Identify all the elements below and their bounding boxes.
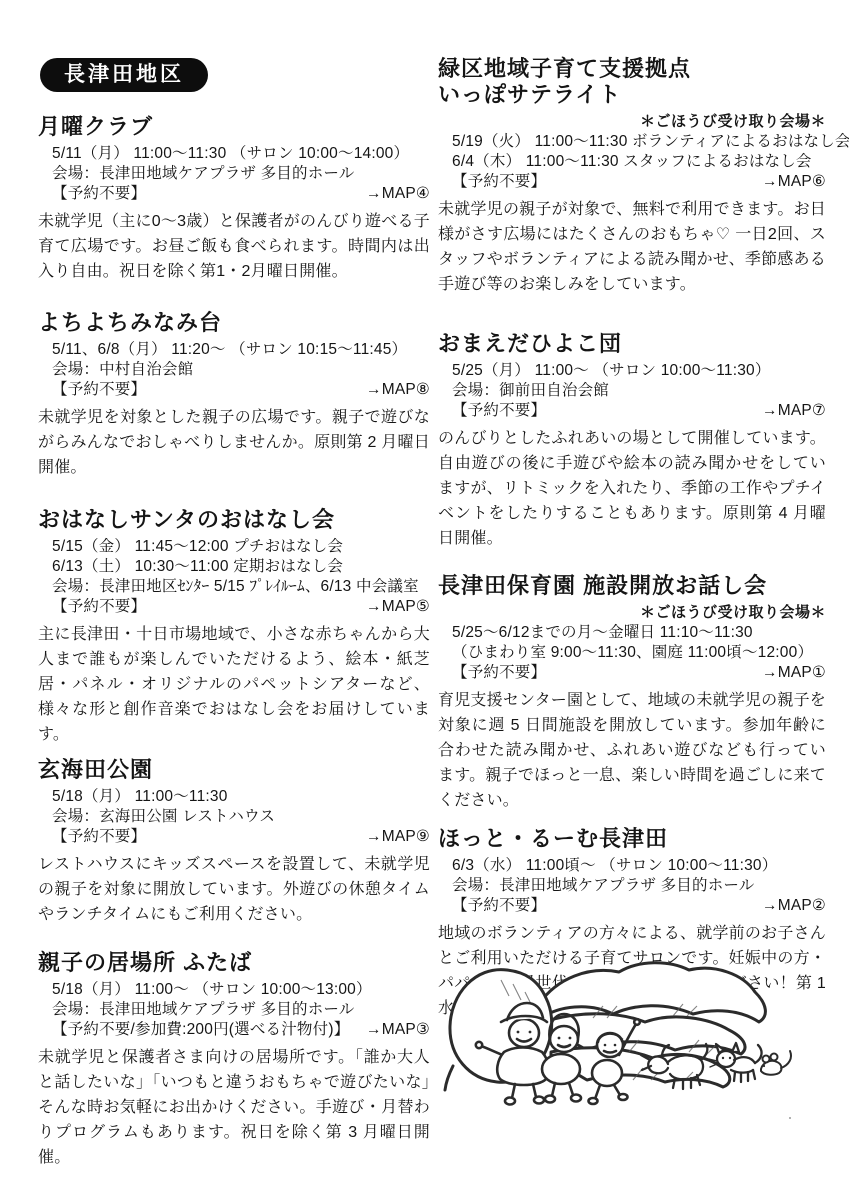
reservation-line: 【予約不要】 →MAP⑥ [438,172,826,192]
event-section-ohanashi-santa: おはなしサンタのおはなし会 5/15（金） 11:45～12:00 プチおはなし… [38,507,430,747]
event-description: 育児支援センター園として、地域の未就学児の親子を対象に週 5 日間施設を開放して… [438,688,826,813]
map-reference: →MAP⑥ [762,172,826,192]
reservation-label: 【予約不要】 [52,827,146,847]
reservation-label: 【予約不要】 [452,663,546,683]
schedule-line: 5/11（月） 11:00～11:30 （サロン 10:00～14:00） [38,144,430,164]
reservation-label: 【予約不要】 [452,896,546,916]
map-reference: →MAP⑦ [762,401,826,421]
newsletter-page: 長津田地区 月曜クラブ 5/11（月） 11:00～11:30 （サロン 10:… [0,0,849,1200]
event-description: レストハウスにキッズスペースを設置して、未就学児の親子を対象に開放しています。外… [38,852,430,927]
reservation-line: 【予約不要】 →MAP② [438,896,826,916]
schedule-line-2: 6/13（土） 10:30～11:00 定期おはなし会 [38,557,430,577]
map-reference: →MAP① [762,663,826,683]
event-section-ippo-satellite: 緑区地域子育て支援拠点 いっぽサテライト ＊ごほうび受け取り会場＊ 5/19（火… [438,56,826,297]
event-description: 未就学児を対象とした親子の広場です。親子で遊びながらみんなでおしゃべりしませんか… [38,405,430,480]
event-title: ほっと・るーむ長津田 [438,826,826,852]
reservation-line: 【予約不要】 →MAP⑦ [438,401,826,421]
schedule-line-2: （ひまわり室 9:00～11:30、園庭 11:00頃～12:00） [438,643,826,663]
reservation-label: 【予約不要/参加費:200円(選べる汁物付)】 [52,1020,349,1040]
right-column: 緑区地域子育て支援拠点 いっぽサテライト ＊ごほうび受け取り会場＊ 5/19（火… [438,0,826,1021]
event-section-monday-club: 月曜クラブ 5/11（月） 11:00～11:30 （サロン 10:00～14:… [38,114,430,284]
schedule-line: 5/18（月） 11:00～11:30 [38,787,430,807]
event-title-line2: いっぽサテライト [438,82,826,108]
event-description: のんびりとしたふれあいの場として開催しています。自由遊びの後に手遊びや絵本の読み… [438,426,826,551]
reservation-label: 【予約不要】 [52,184,146,204]
event-title: よちよちみなみ台 [38,310,430,336]
event-section-genkaida-park: 玄海田公園 5/18（月） 11:00～11:30 会場：玄海田公園 レストハウ… [38,757,430,927]
event-title: 親子の居場所 ふたば [38,950,430,976]
reservation-label: 【予約不要】 [452,401,546,421]
reservation-label: 【予約不要】 [452,172,546,192]
event-description: 未就学児の親子が対象で、無料で利用できます。お日様がさす広場にはたくさんのおもち… [438,197,826,297]
event-title: 緑区地域子育て支援拠点 [438,56,826,82]
event-title: 玄海田公園 [38,757,430,783]
schedule-line: 5/25～6/12までの月～金曜日 11:10～11:30 [438,623,826,643]
reservation-label: 【予約不要】 [52,380,146,400]
venue-line: 会場：御前田自治会館 [438,381,826,401]
reward-pickup-note: ＊ごほうび受け取り会場＊ [438,112,826,132]
event-title: おはなしサンタのおはなし会 [38,507,430,533]
map-reference: →MAP② [762,896,826,916]
venue-line: 会場：長津田地域ケアプラザ 多目的ホール [38,1000,430,1020]
event-description: 未就学児（主に0～3歳）と保護者がのんびり遊べる子育て広場です。お昼ご飯も食べら… [38,209,430,284]
reservation-line: 【予約不要】 →MAP① [438,663,826,683]
reservation-line: 【予約不要】 →MAP⑤ [38,597,430,617]
map-reference: →MAP④ [366,184,430,204]
left-column: 長津田地区 月曜クラブ 5/11（月） 11:00～11:30 （サロン 10:… [38,0,430,1170]
reservation-label: 【予約不要】 [52,597,146,617]
venue-line: 会場：長津田地域ケアプラザ 多目的ホール [38,164,430,184]
reservation-line: 【予約不要】 →MAP④ [38,184,430,204]
reservation-line: 【予約不要】 →MAP⑧ [38,380,430,400]
event-title: 月曜クラブ [38,114,430,140]
event-section-yochiyochi-minamidai: よちよちみなみ台 5/11、6/8（月） 11:20～ （サロン 10:15～1… [38,310,430,480]
schedule-line: 5/25（月） 11:00～ （サロン 10:00～11:30） [438,361,826,381]
reservation-line: 【予約不要】 →MAP⑨ [38,827,430,847]
event-description: 主に長津田・十日市場地域で、小さな赤ちゃんから大人まで誰もが楽しんでいただけるよ… [38,622,430,747]
reservation-line: 【予約不要/参加費:200円(選べる汁物付)】 →MAP③ [38,1020,430,1040]
schedule-line: 6/3（水） 11:00頃～ （サロン 10:00～11:30） [438,856,826,876]
event-section-omaeda-hiyoko: おまえだひよこ団 5/25（月） 11:00～ （サロン 10:00～11:30… [438,331,826,551]
event-description: 未就学児と保護者さま向けの居場所です。「誰か大人と話したいな」「いつもと違うおも… [38,1045,430,1170]
event-title: おまえだひよこ団 [438,331,826,357]
event-section-nagatsuta-hoikuen: 長津田保育園 施設開放お話し会 ＊ごほうび受け取り会場＊ 5/25～6/12まで… [438,573,826,813]
venue-line: 会場：中村自治会館 [38,360,430,380]
event-section-futaba: 親子の居場所 ふたば 5/18（月） 11:00～ （サロン 10:00～13:… [38,950,430,1170]
district-badge: 長津田地区 [40,58,208,92]
map-reference: →MAP③ [366,1020,430,1040]
schedule-line-2: 6/4（木） 11:00～11:30 スタッフによるおはなし会 [438,152,826,172]
event-title: 長津田保育園 施設開放お話し会 [438,573,826,599]
schedule-line: 5/18（月） 11:00～ （サロン 10:00～13:00） [38,980,430,1000]
map-reference: →MAP⑧ [366,380,430,400]
map-reference: →MAP⑨ [366,827,430,847]
mouse-figure-icon [761,1051,791,1075]
schedule-line: 5/15（金） 11:45～12:00 プチおはなし会 [38,537,430,557]
venue-line: 会場：長津田地区ｾﾝﾀｰ 5/15 ﾌﾟﾚｲﾙｰﾑ、6/13 中会議室 [38,577,430,597]
schedule-line: 5/19（火） 11:00～11:30 ボランティアによるおはなし会 [438,132,826,152]
venue-line: 会場：玄海田公園 レストハウス [38,807,430,827]
map-reference: →MAP⑤ [366,597,430,617]
venue-line: 会場：長津田地域ケアプラザ 多目的ホール [438,876,826,896]
schedule-line: 5/11、6/8（月） 11:20～ （サロン 10:15～11:45） [38,340,430,360]
scan-speck [789,1117,791,1119]
giant-turnip-parade-illustration [443,960,795,1115]
reward-pickup-note: ＊ごほうび受け取り会場＊ [438,603,826,623]
